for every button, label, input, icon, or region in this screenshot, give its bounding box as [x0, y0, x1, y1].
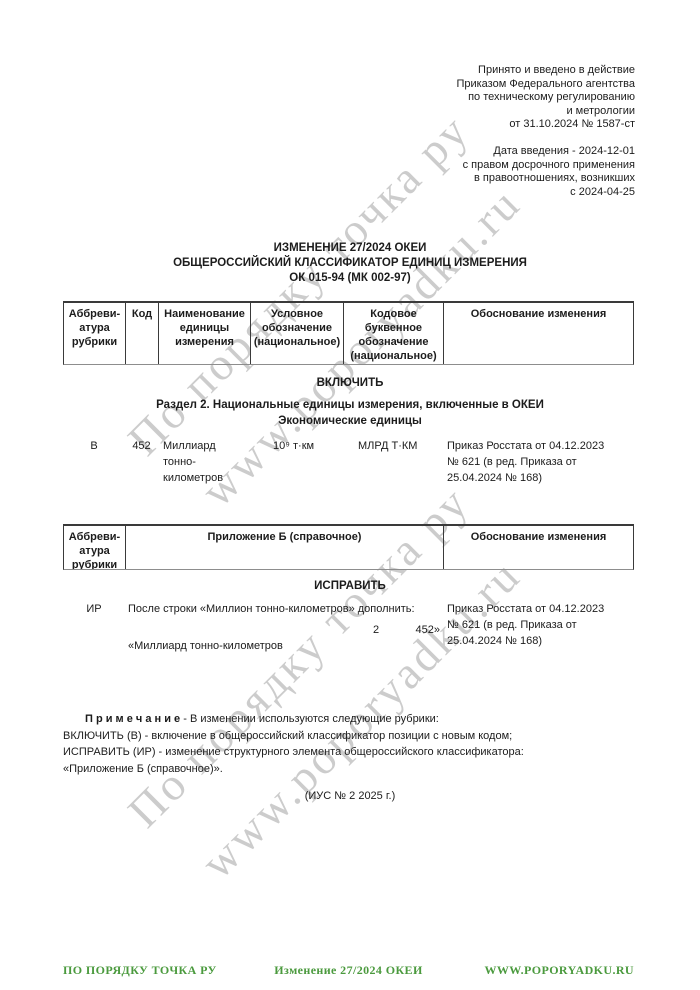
note-label: П р и м е ч а н и е — [85, 713, 180, 725]
row2-added-code: 452» — [416, 622, 440, 638]
table2-col-rubric-abbr: Аббреви- атура рубрики — [64, 526, 126, 569]
document-title: ИЗМЕНЕНИЕ 27/2024 ОКЕИ ОБЩЕРОССИЙСКИЙ КЛ… — [0, 241, 700, 286]
table1-col-justification: Обоснование изменения — [444, 303, 633, 364]
row2-rubric: ИР — [63, 601, 125, 617]
row1-justification: Приказ Росстата от 04.12.2023 № 621 (в р… — [447, 438, 639, 486]
note-line-1: П р и м е ч а н и е - В изменении исполь… — [63, 711, 643, 728]
row1-rubric: В — [63, 438, 125, 454]
section2-heading: Раздел 2. Национальные единицы измерения… — [0, 399, 700, 411]
table1-col-code: Код — [126, 303, 159, 364]
title-line-1: ИЗМЕНЕНИЕ 27/2024 ОКЕИ — [0, 241, 700, 256]
ius-reference: (ИУС № 2 2025 г.) — [0, 790, 700, 802]
table1-col-rubric-abbr: Аббреви- атура рубрики — [64, 303, 126, 364]
table1-col-letter-code: Кодовое буквенное обозначение (националь… — [344, 303, 444, 364]
adoption-text: Принято и введено в действие Приказом Фе… — [275, 64, 635, 132]
introduction-date-text: Дата введения - 2024-12-01 с правом доср… — [275, 145, 635, 199]
economic-units-heading: Экономические единицы — [0, 415, 700, 427]
note-line-3: ИСПРАВИТЬ (ИР) - изменение структурного … — [63, 744, 643, 761]
page-footer: ПО ПОРЯДКУ ТОЧКА РУ Изменение 27/2024 ОК… — [63, 963, 634, 978]
table2-col-justification: Обоснование изменения — [444, 526, 633, 569]
table1-col-symbol: Условное обозначение (национальное) — [251, 303, 344, 364]
title-line-3: ОК 015-94 (МК 002-97) — [0, 271, 700, 286]
row2-added-name: «Миллиард тонно-километров — [128, 640, 283, 652]
title-line-2: ОБЩЕРОССИЙСКИЙ КЛАССИФИКАТОР ЕДИНИЦ ИЗМЕ… — [0, 256, 700, 271]
include-action-heading: ВКЛЮЧИТЬ — [0, 377, 700, 389]
table1-col-unit-name: Наименование единицы измерения — [159, 303, 251, 364]
row2-justification: Приказ Росстата от 04.12.2023 № 621 (в р… — [447, 601, 639, 649]
row1-unit-name: Миллиард тонно- километров — [163, 438, 263, 486]
footer-site-url: WWW.POPORYADKU.RU — [423, 963, 634, 978]
note-line-2: ВКЛЮЧИТЬ (В) - включение в общероссийски… — [63, 728, 643, 745]
row1-code: 452 — [125, 438, 158, 454]
note-block: П р и м е ч а н и е - В изменении исполь… — [63, 711, 643, 777]
row2-added-line: «Миллиард тонно-километров 2 452» — [128, 622, 440, 686]
table2-header-row: Аббреви- атура рубрики Приложение Б (спр… — [63, 524, 634, 570]
note-line-4: «Приложение Б (справочное)». — [63, 761, 643, 778]
footer-site-name: ПО ПОРЯДКУ ТОЧКА РУ — [63, 963, 274, 978]
note-intro: - В изменении используются следующие руб… — [180, 713, 439, 725]
document-page: По порядку точка ру www.poporyadku.ru По… — [0, 0, 700, 990]
row1-letter-code: МЛРД Т·КМ — [358, 438, 417, 454]
table2-col-appendix: Приложение Б (справочное) — [126, 526, 444, 569]
row2-instruction: После строки «Миллион тонно-километров» … — [128, 601, 415, 617]
adoption-block: Принято и введено в действие Приказом Фе… — [275, 64, 635, 199]
correct-action-heading: ИСПРАВИТЬ — [0, 580, 700, 592]
footer-doc-name: Изменение 27/2024 ОКЕИ — [274, 963, 422, 978]
table1-header-row: Аббреви- атура рубрики Код Наименование … — [63, 301, 634, 365]
row1-symbol: 10⁹ т·км — [273, 438, 314, 454]
row2-added-section: 2 — [373, 622, 379, 638]
